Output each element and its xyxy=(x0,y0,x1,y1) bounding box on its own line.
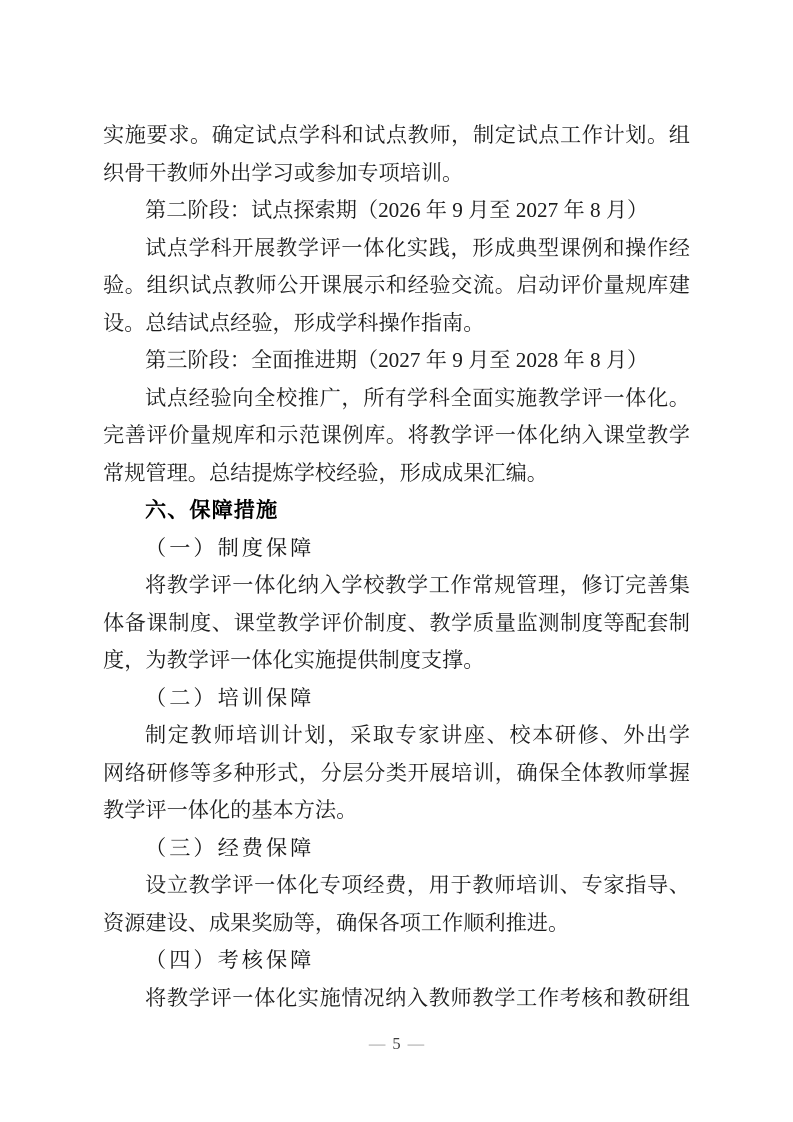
footer-dash-right: — xyxy=(408,1034,425,1053)
body-text-line: 常规管理。总结提炼学校经验，形成成果汇编。 xyxy=(103,455,690,493)
body-text-line: 体备课制度、课堂教学评价制度、教学质量监测制度等配套制 xyxy=(103,605,690,643)
page-footer: —5— xyxy=(0,1031,793,1057)
subsection-heading: （四）考核保障 xyxy=(103,942,690,980)
body-text-line: 资源建设、成果奖励等，确保各项工作顺利推进。 xyxy=(103,905,690,943)
subsection-heading: （一）制度保障 xyxy=(103,530,690,568)
body-text-line: 第三阶段：全面推进期（2027 年 9 月至 2028 年 8 月） xyxy=(103,342,690,380)
document-body: 实施要求。确定试点学科和试点教师，制定试点工作计划。组 织骨干教师外出学习或参加… xyxy=(103,117,690,1017)
subsection-heading: （三）经费保障 xyxy=(103,830,690,868)
page-number: 5 xyxy=(392,1034,400,1053)
body-text-line: 将教学评一体化实施情况纳入教师教学工作考核和教研组 xyxy=(103,980,690,1018)
footer-dash-left: — xyxy=(369,1034,386,1053)
body-text-line: 完善评价量规库和示范课例库。将教学评一体化纳入课堂教学 xyxy=(103,417,690,455)
body-text-line: 将教学评一体化纳入学校教学工作常规管理，修订完善集 xyxy=(103,567,690,605)
body-text-line: 网络研修等多种形式，分层分类开展培训，确保全体教师掌握 xyxy=(103,755,690,793)
body-text-line: 制定教师培训计划，采取专家讲座、校本研修、外出学习、 xyxy=(103,717,690,755)
body-text-line: 实施要求。确定试点学科和试点教师，制定试点工作计划。组 xyxy=(103,117,690,155)
section-heading: 六、保障措施 xyxy=(103,492,690,530)
subsection-heading: （二）培训保障 xyxy=(103,680,690,718)
body-text-line: 试点经验向全校推广，所有学科全面实施教学评一体化。 xyxy=(103,380,690,418)
document-page: 实施要求。确定试点学科和试点教师，制定试点工作计划。组 织骨干教师外出学习或参加… xyxy=(0,0,793,1122)
body-text-line: 设。总结试点经验，形成学科操作指南。 xyxy=(103,305,690,343)
body-text-line: 试点学科开展教学评一体化实践，形成典型课例和操作经 xyxy=(103,230,690,268)
body-text-line: 度，为教学评一体化实施提供制度支撑。 xyxy=(103,642,690,680)
body-text-line: 第二阶段：试点探索期（2026 年 9 月至 2027 年 8 月） xyxy=(103,192,690,230)
body-text-line: 教学评一体化的基本方法。 xyxy=(103,792,690,830)
body-text-line: 设立教学评一体化专项经费，用于教师培训、专家指导、 xyxy=(103,867,690,905)
body-text-line: 验。组织试点教师公开课展示和经验交流。启动评价量规库建 xyxy=(103,267,690,305)
body-text-line: 织骨干教师外出学习或参加专项培训。 xyxy=(103,155,690,193)
